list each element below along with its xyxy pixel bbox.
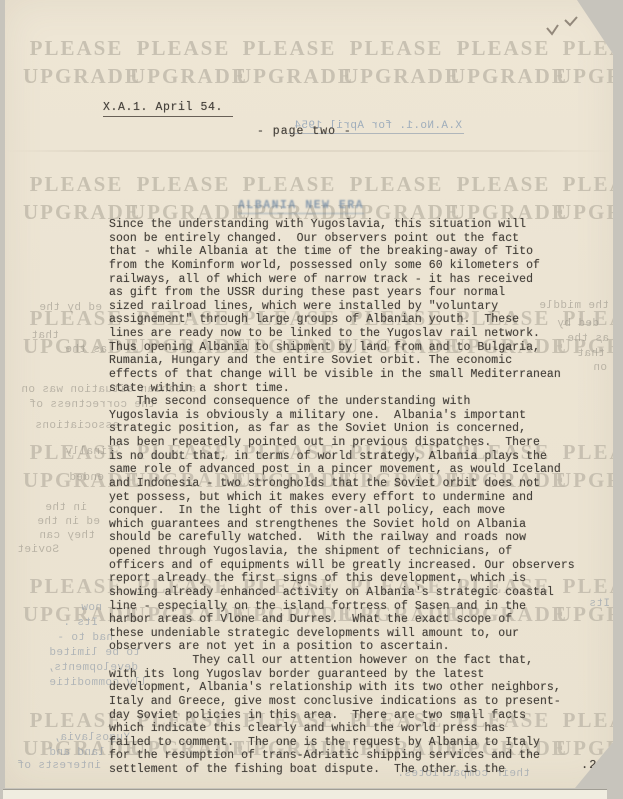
page-number: .2. bbox=[581, 758, 606, 772]
bleed-fragment: Its . bbox=[63, 617, 98, 629]
body-line: as gift from the USSR during these past … bbox=[109, 286, 599, 300]
watermark-tile: PLEASEUPGRADE bbox=[450, 34, 557, 90]
watermark-tile: PLEASEUPGRADE bbox=[556, 34, 623, 90]
body-line: has been repeatedly pointed out in previ… bbox=[109, 436, 599, 450]
body-line: report already the first signs of this d… bbox=[109, 572, 599, 586]
watermark-tile: PLEASEUPGRADE bbox=[343, 34, 450, 90]
watermark-upgrade: UPGRADE bbox=[556, 62, 623, 90]
body-line: yet possess, but which it makes every ef… bbox=[109, 491, 599, 505]
body-line: They call our attention however on the f… bbox=[109, 654, 599, 668]
scanned-document-page: PLEASEUPGRADEPLEASEUPGRADEPLEASEUPGRADEP… bbox=[0, 0, 623, 799]
watermark-please: PLEASE bbox=[450, 34, 557, 62]
body-line: harbor areas of Vlone and Durres. What t… bbox=[109, 613, 599, 627]
bleed-fragment: ended bbox=[69, 472, 104, 484]
body-line: conquer. In the light of this over-all p… bbox=[109, 504, 599, 518]
handwritten-check-marks bbox=[543, 12, 583, 38]
watermark-please: PLEASE bbox=[450, 170, 557, 198]
body-line: Yugoslavia is obviously a military one. … bbox=[109, 409, 599, 423]
watermark-upgrade: UPGRADE bbox=[23, 62, 130, 90]
bleed-fragment: as the bbox=[65, 344, 107, 356]
underlying-sheet-edge bbox=[3, 790, 607, 799]
bleed-fragment: they can bbox=[39, 530, 95, 542]
bleed-fragment: Soviet bbox=[17, 544, 59, 556]
bleed-fragment: land and bbox=[49, 747, 105, 759]
body-line: observers are not yet in a position to a… bbox=[109, 640, 599, 654]
bleed-fragment: ed in the bbox=[37, 516, 100, 528]
watermark-upgrade: UPGRADE bbox=[450, 62, 557, 90]
body-line: for the resumption of trans-Adriatic shi… bbox=[109, 749, 599, 763]
watermark-please: PLEASE bbox=[23, 34, 130, 62]
body-line: day Soviet policies in this area. There … bbox=[109, 709, 599, 723]
body-line: Since the understanding with Yugoslavia,… bbox=[109, 218, 599, 232]
watermark-upgrade: UPGRADE bbox=[130, 62, 237, 90]
watermark-upgrade: UPGRADE bbox=[343, 62, 450, 90]
body-line: which guarantees and strengthenes the So… bbox=[109, 518, 599, 532]
bleed-fragment: ed by the bbox=[39, 302, 102, 314]
bleed-fragment: interests of bbox=[17, 760, 101, 772]
watermark-please: PLEASE bbox=[130, 170, 237, 198]
page-two-label: - page two - bbox=[257, 125, 352, 138]
body-line: officers and of equipments will be great… bbox=[109, 559, 599, 573]
bleed-fragment: associations bbox=[35, 420, 119, 432]
bleed-fragment: finally bbox=[65, 446, 114, 458]
watermark-tile: PLEASEUPGRADE bbox=[236, 34, 343, 90]
body-line: failed to comment. The one is the reques… bbox=[109, 736, 599, 750]
body-line: The second consequence of the understand… bbox=[109, 395, 599, 409]
body-line: sized railroad lines, which were install… bbox=[109, 300, 599, 314]
watermark-please: PLEASE bbox=[130, 34, 237, 62]
body-line: effects of that change will be visible i… bbox=[109, 368, 599, 382]
watermark-tile: PLEASEUPGRADE bbox=[130, 34, 237, 90]
body-line: same role of advanced post in a pincer m… bbox=[109, 463, 599, 477]
body-line: line - especially on the island fortress… bbox=[109, 600, 599, 614]
bleed-fragment: had to - bbox=[57, 632, 113, 644]
body-line: and Indonesia - two strongholds that the… bbox=[109, 477, 599, 491]
body-line: Thus opening Albania to shipment by land… bbox=[109, 341, 599, 355]
watermark-tile: PLEASEUPGRADE bbox=[23, 34, 130, 90]
paper-sheet: PLEASEUPGRADEPLEASEUPGRADEPLEASEUPGRADEP… bbox=[5, 0, 613, 788]
body-line: these undeniable strategic developments … bbox=[109, 627, 599, 641]
body-line: from the Kominform world, possessed only… bbox=[109, 259, 599, 273]
fold-crease bbox=[5, 150, 613, 152]
body-line: strategic position, as far as the Soviet… bbox=[109, 422, 599, 436]
bleed-fragment: in the bbox=[45, 502, 87, 514]
body-line: is no doubt that, in terms of world stra… bbox=[109, 450, 599, 464]
section-heading-albania: ALBANIA NEW ERA bbox=[238, 199, 364, 214]
body-line: settlement of the fishing boat dispute. … bbox=[109, 763, 599, 777]
watermark-please: PLEASE bbox=[556, 34, 623, 62]
document-reference: X.A.1. April 54. bbox=[103, 101, 233, 117]
body-line: railways, all of which were of narrow tr… bbox=[109, 273, 599, 287]
watermark-please: PLEASE bbox=[343, 170, 450, 198]
body-line: showing already enhanced activity on Alb… bbox=[109, 586, 599, 600]
watermark-please: PLEASE bbox=[236, 170, 343, 198]
body-line: Rumania, Hungary and the entire Soviet o… bbox=[109, 354, 599, 368]
watermark-upgrade: UPGRADE bbox=[236, 62, 343, 90]
body-text: Since the understanding with Yugoslavia,… bbox=[109, 218, 599, 777]
bleed-fragment: that bbox=[31, 330, 59, 342]
body-line: which indicate this clearly and which th… bbox=[109, 722, 599, 736]
body-line: assignement" through large groups of Alb… bbox=[109, 313, 599, 327]
body-line: opened through Yugoslavia, the shipment … bbox=[109, 545, 599, 559]
watermark-please: PLEASE bbox=[23, 170, 130, 198]
watermark-please: PLEASE bbox=[343, 34, 450, 62]
watermark-please: PLEASE bbox=[556, 170, 623, 198]
body-line: lines are ready now to be linked to the … bbox=[109, 327, 599, 341]
body-line: state within a short time. bbox=[109, 382, 599, 396]
bleed-fragment: now bbox=[81, 602, 102, 614]
body-line: Italy and Greece, give most conclusive i… bbox=[109, 695, 599, 709]
watermark-please: PLEASE bbox=[236, 34, 343, 62]
body-line: should be carefully watched. With the ra… bbox=[109, 531, 599, 545]
body-line: with its long Yugoslav border guaranteed… bbox=[109, 668, 599, 682]
body-line: soon be entirely changed. Our observers … bbox=[109, 232, 599, 246]
body-line: development, Albania's relationship with… bbox=[109, 681, 599, 695]
body-line: that - while Albania at the time of the … bbox=[109, 245, 599, 259]
